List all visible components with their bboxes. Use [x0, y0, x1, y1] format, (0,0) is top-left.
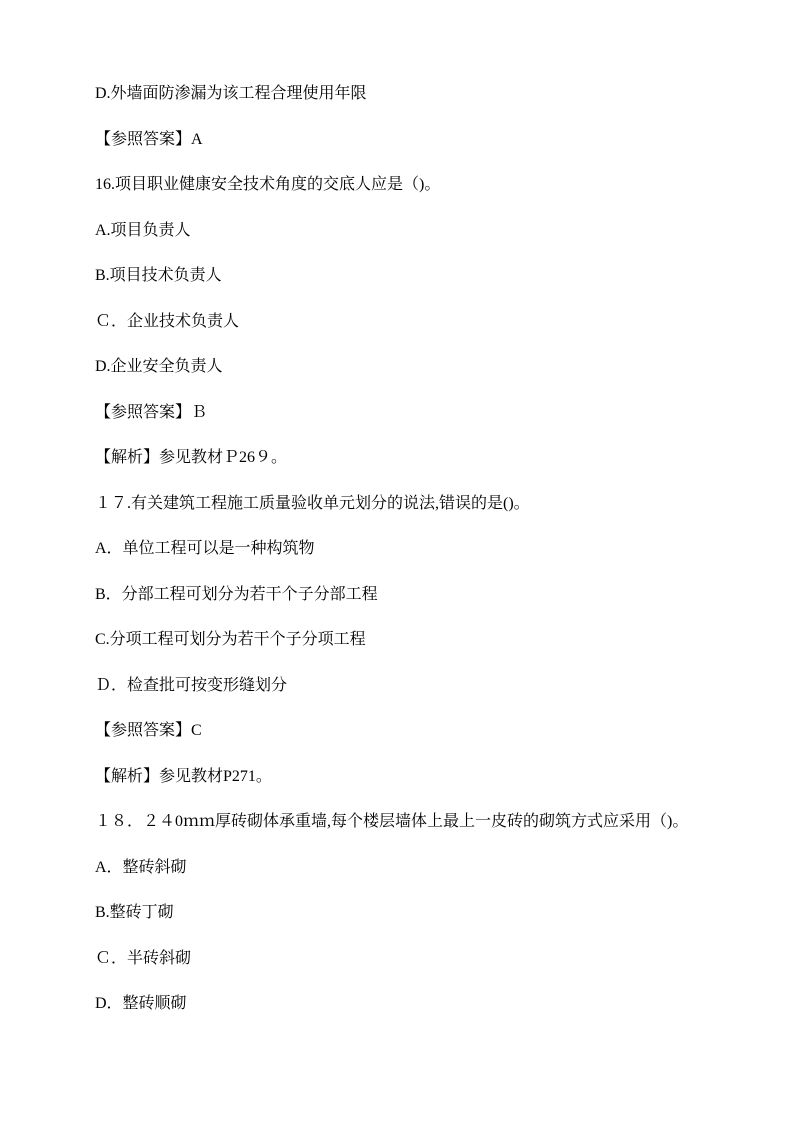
q17-option-b: B．分部工程可划分为若干个子分部工程	[95, 585, 720, 605]
q18-option-d: D．整砖顺砌	[95, 994, 720, 1014]
q16-title: 16.项目职业健康安全技术角度的交底人应是（)。	[95, 175, 720, 195]
q16-reference-answer: 【参照答案】Ｂ	[95, 403, 720, 423]
q17-analysis: 【解析】参见教材P271。	[95, 767, 720, 787]
q17-option-d: Ｄ．检查批可按变形缝划分	[95, 676, 720, 696]
q15-option-d: D.外墙面防渗漏为该工程合理使用年限	[95, 84, 720, 104]
document-content: D.外墙面防渗漏为该工程合理使用年限 【参照答案】A 16.项目职业健康安全技术…	[95, 84, 720, 1040]
q16-option-d: D.企业安全负责人	[95, 357, 720, 377]
q16-analysis: 【解析】参见教材Ｐ26９。	[95, 448, 720, 468]
q17-title: １７.有关建筑工程施工质量验收单元划分的说法,错误的是()。	[95, 494, 720, 514]
q17-reference-answer: 【参照答案】C	[95, 721, 720, 741]
q18-option-b: B.整砖丁砌	[95, 903, 720, 923]
q17-option-a: A．单位工程可以是一种构筑物	[95, 539, 720, 559]
q16-option-a: A.项目负责人	[95, 221, 720, 241]
q16-option-c: Ｃ．企业技术负责人	[95, 312, 720, 332]
q17-option-c: C.分项工程可划分为若干个子分项工程	[95, 630, 720, 650]
q18-option-a: A．整砖斜砌	[95, 858, 720, 878]
q18-option-c: Ｃ．半砖斜砌	[95, 949, 720, 969]
q15-reference-answer: 【参照答案】A	[95, 130, 720, 150]
document-page: D.外墙面防渗漏为该工程合理使用年限 【参照答案】A 16.项目职业健康安全技术…	[0, 0, 794, 1123]
q18-title: １８．２４0ｍｍ厚砖砌体承重墙,每个楼层墙体上最上一皮砖的砌筑方式应采用（)。	[95, 812, 720, 832]
q16-option-b: B.项目技术负责人	[95, 266, 720, 286]
